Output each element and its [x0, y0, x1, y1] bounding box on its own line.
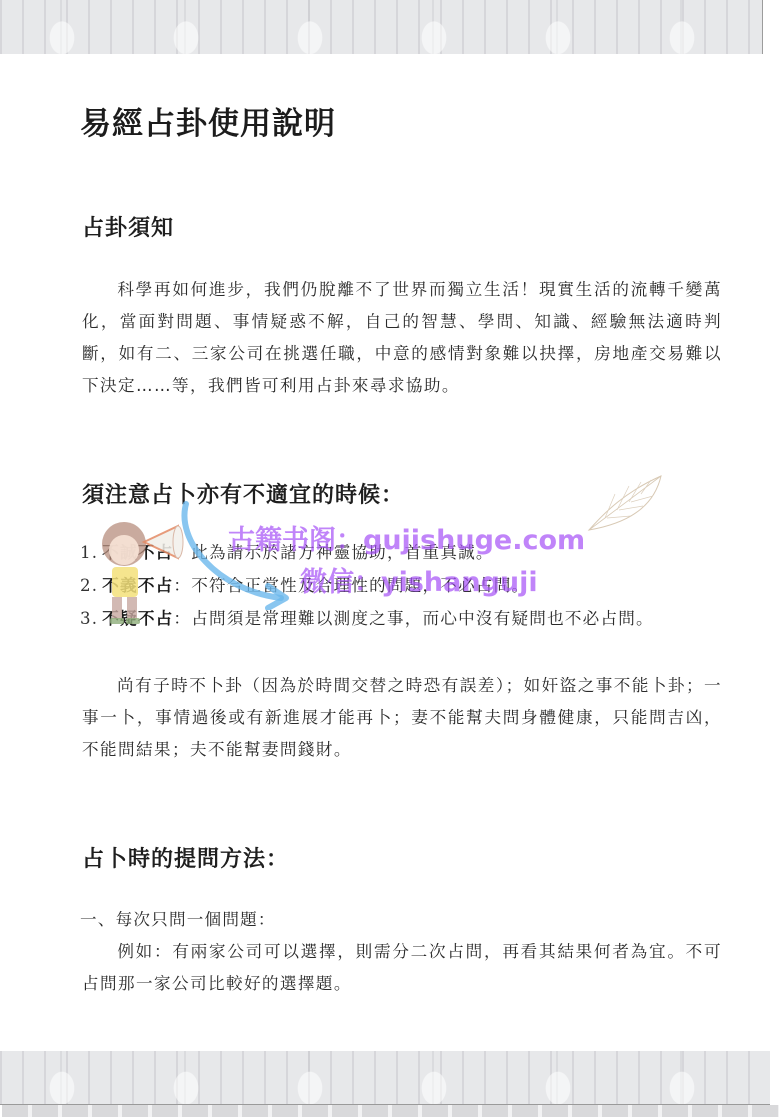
- example-paragraph-text: 例如：有兩家公司可以選擇，則需分二次占問，再看其結果何者為宜。不可占問那一家公司…: [82, 942, 722, 993]
- rules-list: 1.不誠不占：此為請示於諸方神靈協助，首重真誠。 2.不義不占：不符合正當性及合…: [80, 536, 740, 635]
- list-item: 3.不疑不占：占問須是常理難以測度之事，而心中沒有疑問也不必占問。: [80, 602, 740, 635]
- document-page: 易經占卦使用說明 占卦須知 科學再如何進步，我們仍脫離不了世界而獨立生活！現實生…: [0, 0, 779, 1117]
- section-heading-notice: 占卦須知: [82, 211, 174, 242]
- page-title: 易經占卦使用說明: [80, 98, 336, 143]
- list-item-text: ：占問須是常理難以測度之事，而心中沒有疑問也不必占問。: [173, 609, 653, 628]
- list-item-number: 1.: [80, 543, 98, 562]
- list-item-number: 3.: [80, 609, 98, 628]
- example-paragraph: 例如：有兩家公司可以選擇，則需分二次占問，再看其結果何者為宜。不可占問那一家公司…: [82, 936, 722, 1000]
- list-item-number: 2.: [80, 576, 98, 595]
- list-item-text: ：此為請示於諸方神靈協助，首重真誠。: [173, 543, 493, 562]
- section-heading-unsuitable: 須注意占卜亦有不適宜的時候：: [82, 478, 404, 509]
- section-heading-method: 占卜時的提問方法：: [82, 842, 289, 873]
- subheading-one-question: 一、每次只問一個問題：: [80, 904, 276, 936]
- restrictions-paragraph-text: 尚有子時不卜卦（因為於時間交替之時恐有誤差）；如奸盜之事不能卜卦；一事一卜，事情…: [82, 676, 722, 759]
- intro-paragraph: 科學再如何進步，我們仍脫離不了世界而獨立生活！現實生活的流轉千變萬化，當面對問題…: [82, 274, 722, 402]
- list-item-term: 不疑不占: [102, 608, 173, 628]
- intro-paragraph-text: 科學再如何進步，我們仍脫離不了世界而獨立生活！現實生活的流轉千變萬化，當面對問題…: [82, 280, 722, 395]
- list-item-term: 不誠不占: [102, 542, 173, 562]
- list-item: 2.不義不占：不符合正當性及合理性的問題，不必占問。: [80, 569, 740, 602]
- leaf-icon: [585, 472, 665, 534]
- list-item-term: 不義不占: [102, 575, 173, 595]
- list-item-text: ：不符合正當性及合理性的問題，不必占問。: [173, 576, 529, 595]
- list-item: 1.不誠不占：此為請示於諸方神靈協助，首重真誠。: [80, 536, 740, 569]
- restrictions-paragraph: 尚有子時不卜卦（因為於時間交替之時恐有誤差）；如奸盜之事不能卜卦；一事一卜，事情…: [82, 670, 722, 766]
